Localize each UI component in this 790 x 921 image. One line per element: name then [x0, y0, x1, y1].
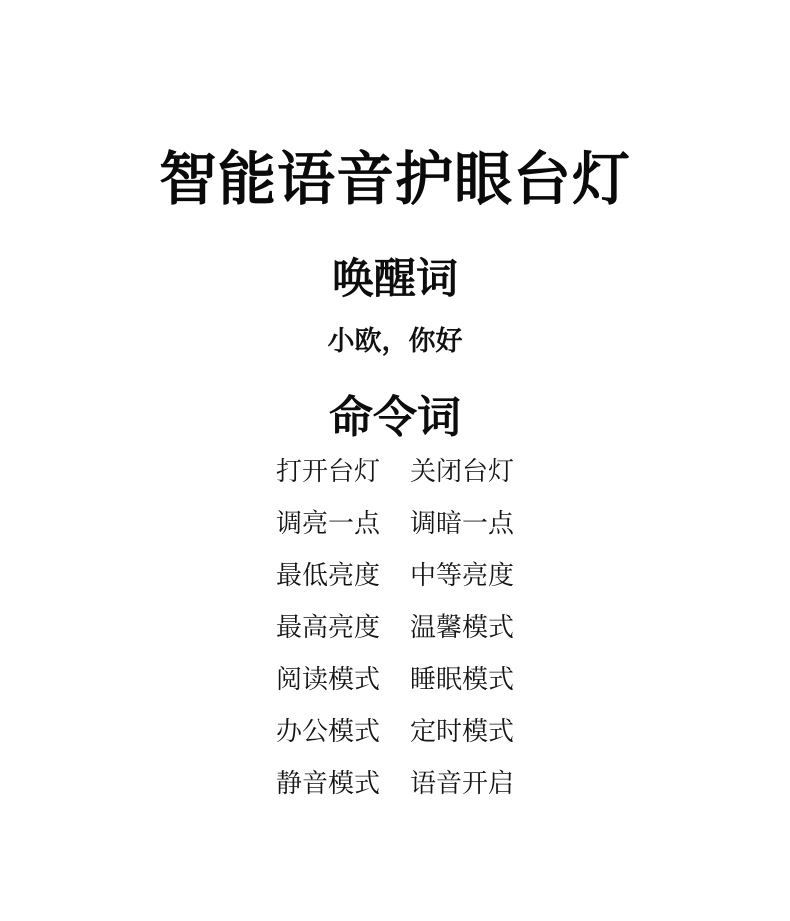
command-lowest-brightness: 最低亮度: [276, 562, 380, 588]
product-title: 智能语音护眼台灯: [0, 148, 790, 212]
command-row: 阅读模式 睡眠模式: [0, 666, 790, 692]
command-row: 静音模式 语音开启: [0, 770, 790, 796]
command-dimmer: 调暗一点: [410, 510, 514, 536]
command-row: 打开台灯 关闭台灯: [0, 458, 790, 484]
command-highest-brightness: 最高亮度: [276, 614, 380, 640]
command-medium-brightness: 中等亮度: [410, 562, 514, 588]
command-row: 调亮一点 调暗一点: [0, 510, 790, 536]
command-turn-off-lamp: 关闭台灯: [410, 458, 514, 484]
command-list: 打开台灯 关闭台灯 调亮一点 调暗一点 最低亮度 中等亮度 最高亮度 温馨模式 …: [0, 458, 790, 796]
command-reading-mode: 阅读模式: [276, 666, 380, 692]
command-brighter: 调亮一点: [276, 510, 380, 536]
command-row: 最低亮度 中等亮度: [0, 562, 790, 588]
command-turn-on-lamp: 打开台灯: [276, 458, 380, 484]
command-row: 最高亮度 温馨模式: [0, 614, 790, 640]
command-sleep-mode: 睡眠模式: [410, 666, 514, 692]
command-voice-on: 语音开启: [410, 770, 514, 796]
command-mute-mode: 静音模式: [276, 770, 380, 796]
command-words-heading: 命令词: [0, 394, 790, 442]
wake-word-value: 小欧，你好: [0, 326, 790, 356]
product-manual-page: 智能语音护眼台灯 唤醒词 小欧，你好 命令词 打开台灯 关闭台灯 调亮一点 调暗…: [0, 0, 790, 921]
command-warm-mode: 温馨模式: [410, 614, 514, 640]
command-office-mode: 办公模式: [276, 718, 380, 744]
command-timer-mode: 定时模式: [410, 718, 514, 744]
command-row: 办公模式 定时模式: [0, 718, 790, 744]
wake-word-heading: 唤醒词: [0, 256, 790, 302]
